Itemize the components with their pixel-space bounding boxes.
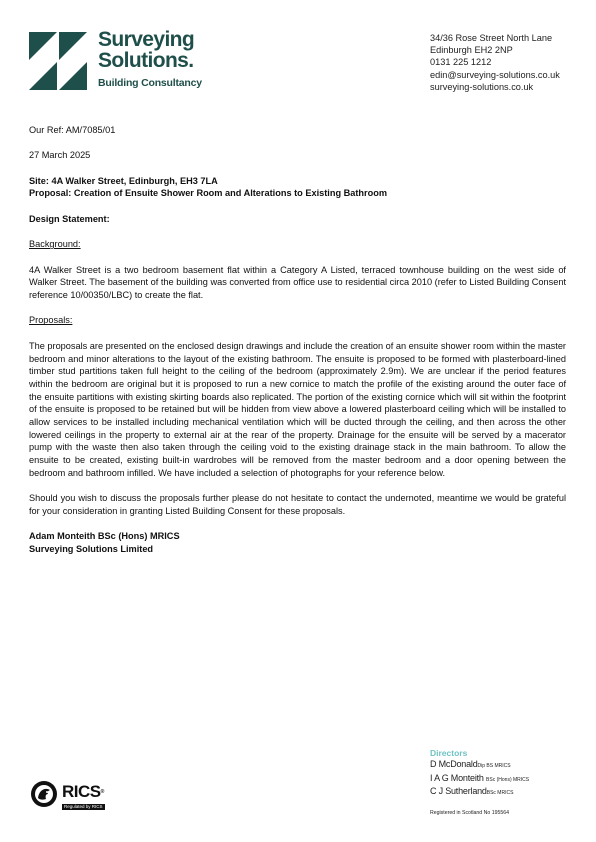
rics-logo: RICS® Regulated by RICS (30, 778, 115, 816)
letter-date: 27 March 2025 (29, 149, 566, 162)
contact-address-line-1: 34/36 Rose Street North Lane (430, 32, 560, 44)
director-3: C J SutherlandBSc MRICS (430, 786, 529, 800)
contact-website: surveying-solutions.co.uk (430, 81, 560, 93)
contact-email: edin@surveying-solutions.co.uk (430, 69, 560, 81)
contact-block: 34/36 Rose Street North Lane Edinburgh E… (430, 32, 560, 93)
company-registration: Registered in Scotland No 195564 (430, 809, 529, 817)
letter-body: Our Ref: AM/7085/01 27 March 2025 Site: … (29, 124, 566, 556)
signatory-name: Adam Monteith BSc (Hons) MRICS (29, 530, 566, 543)
proposal-line: Proposal: Creation of Ensuite Shower Roo… (29, 187, 566, 200)
proposals-heading: Proposals: (29, 315, 72, 325)
background-paragraph: 4A Walker Street is a two bedroom baseme… (29, 264, 566, 302)
proposals-paragraph: The proposals are presented on the enclo… (29, 340, 566, 480)
design-statement-heading: Design Statement: (29, 213, 566, 226)
contact-phone: 0131 225 1212 (430, 56, 560, 68)
site-line: Site: 4A Walker Street, Edinburgh, EH3 7… (29, 175, 566, 188)
brand-tagline: Building Consultancy (98, 76, 202, 90)
closing-paragraph: Should you wish to discuss the proposals… (29, 492, 566, 517)
directors-block: Directors D McDonaldDip BS MRICS I A G M… (430, 748, 529, 817)
directors-heading: Directors (430, 748, 529, 759)
reference: Our Ref: AM/7085/01 (29, 124, 566, 137)
rics-lion-icon (30, 780, 58, 808)
director-1: D McDonaldDip BS MRICS (430, 759, 529, 773)
letter-page: Surveying Solutions. Building Consultanc… (0, 0, 596, 842)
signatory-company: Surveying Solutions Limited (29, 543, 566, 556)
company-brand: Surveying Solutions. Building Consultanc… (98, 29, 202, 90)
rics-regulated-badge: Regulated by RICS (62, 804, 105, 810)
company-logo-icon (29, 32, 87, 90)
rics-wordmark: RICS® (62, 783, 104, 801)
background-heading: Background: (29, 239, 81, 249)
contact-address-line-2: Edinburgh EH2 2NP (430, 44, 560, 56)
brand-line-2: Solutions. (98, 50, 202, 71)
brand-line-1: Surveying (98, 29, 202, 50)
director-2: I A G Monteith BSc (Hons) MRICS (430, 773, 529, 787)
